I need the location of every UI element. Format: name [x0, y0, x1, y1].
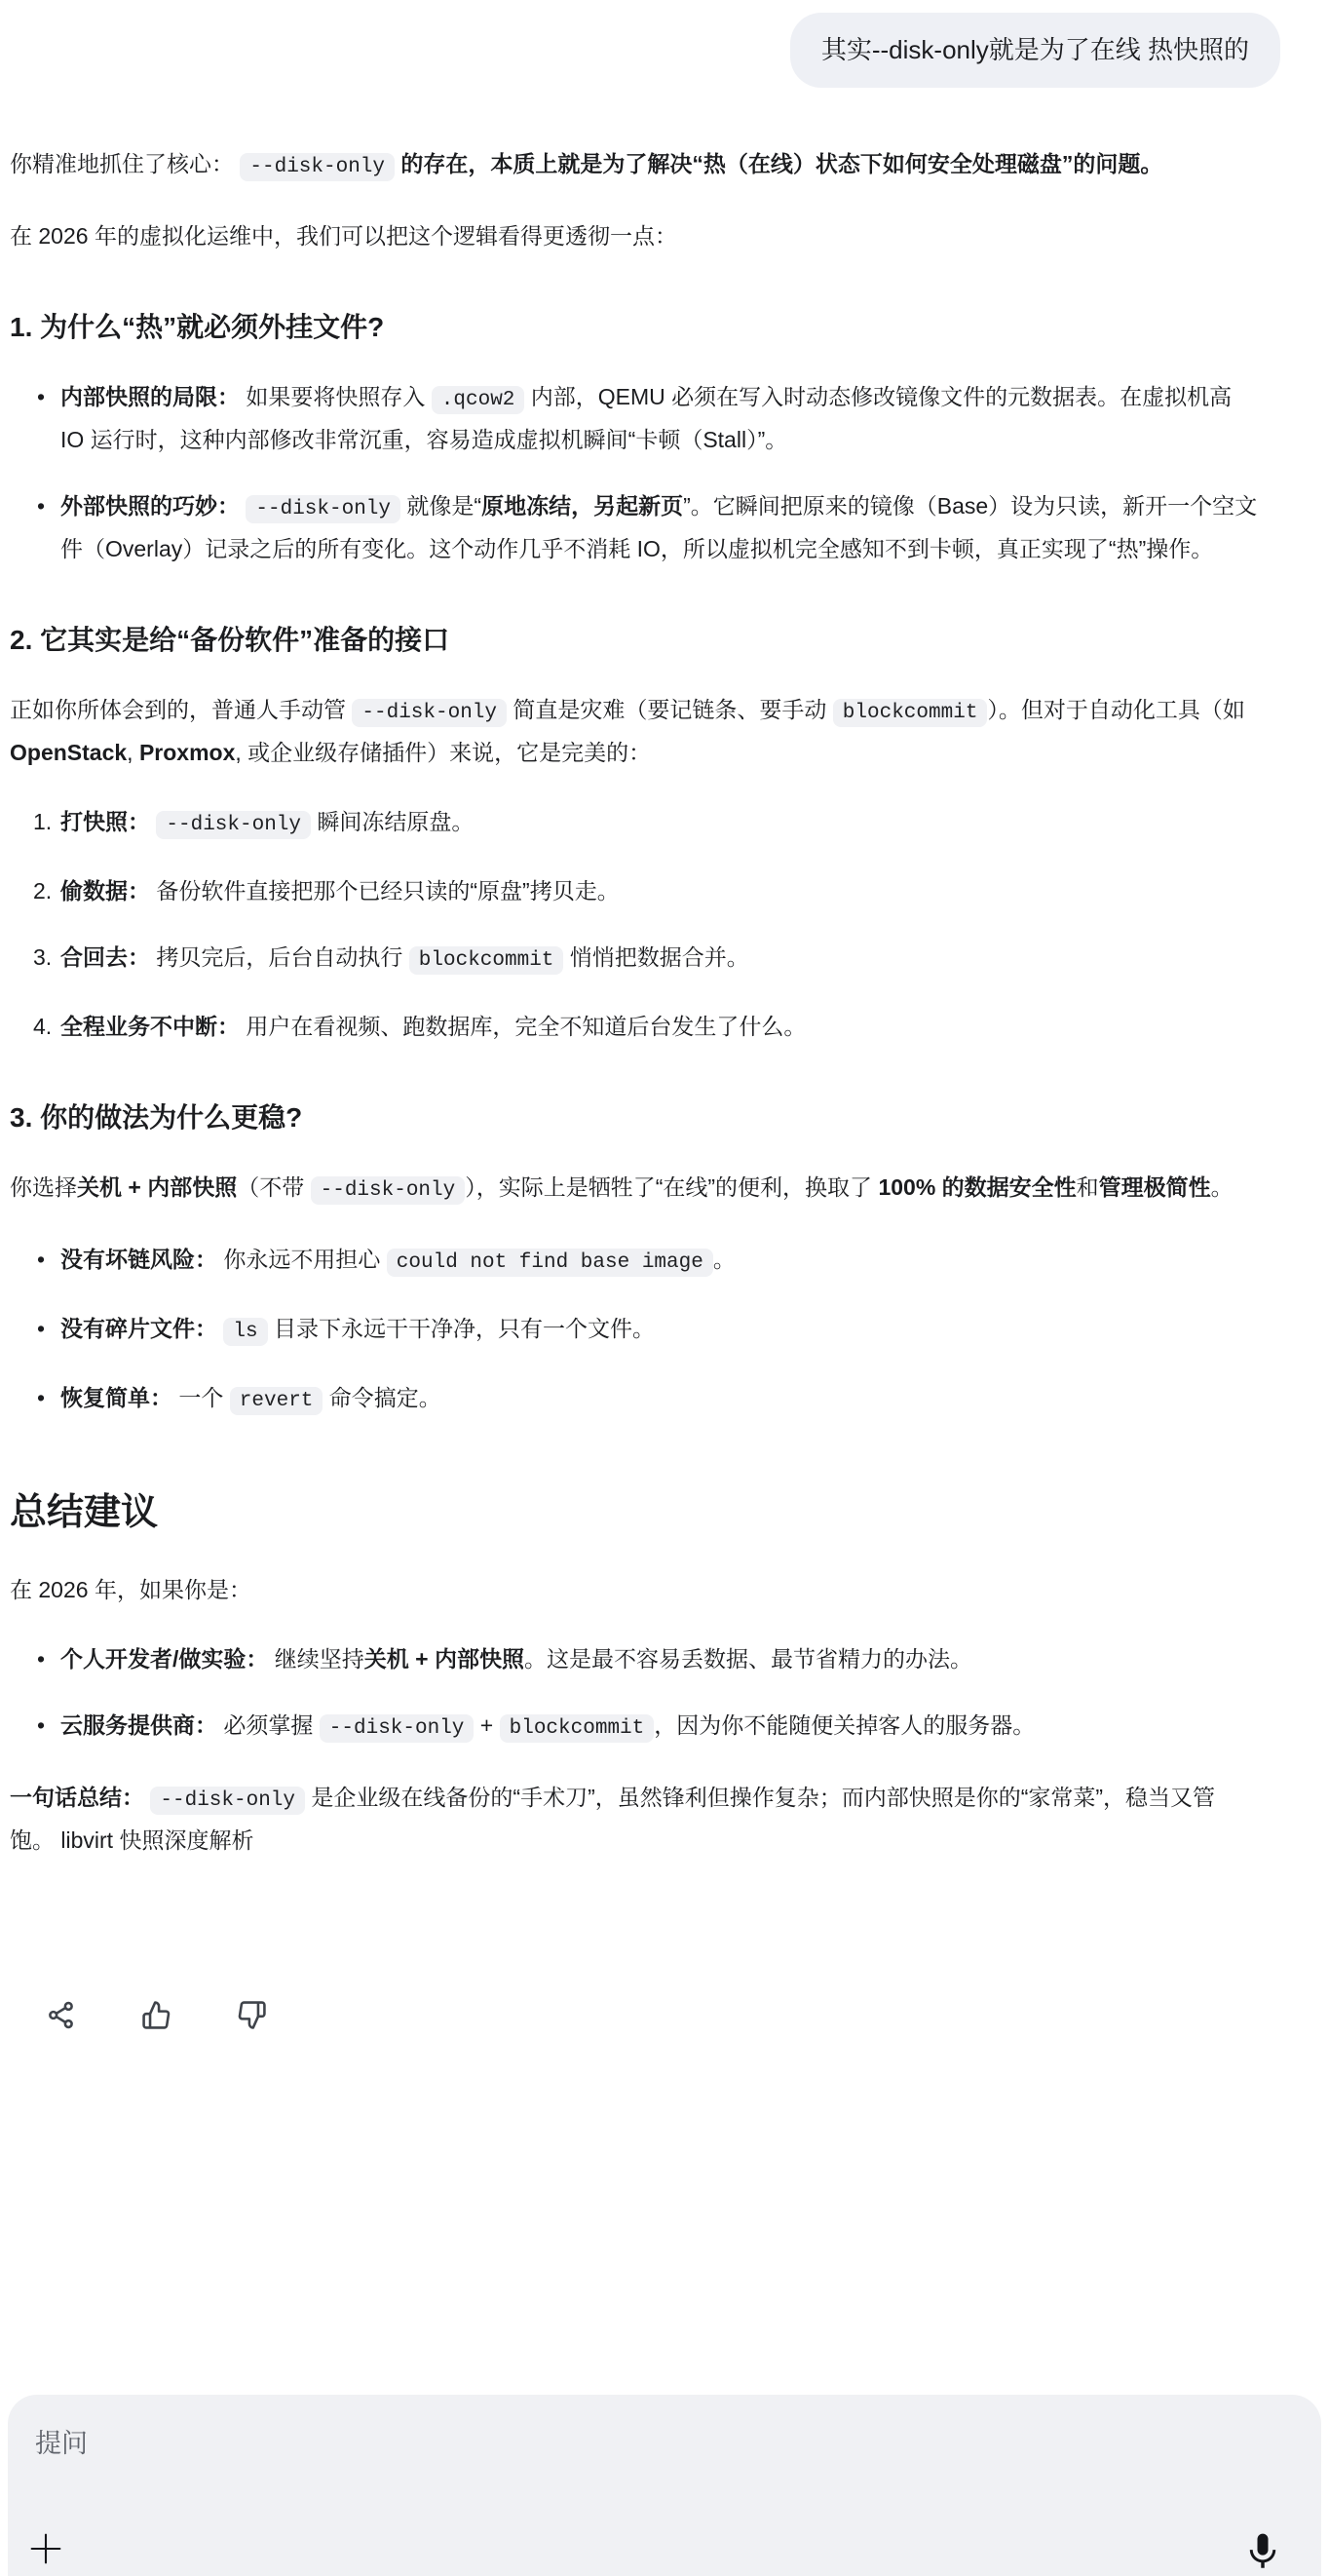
thumbs-down-icon	[237, 2000, 267, 2030]
text: 就像是“	[400, 493, 481, 519]
inline-code: revert	[230, 1387, 323, 1415]
bold-text: Proxmox	[139, 740, 235, 765]
list-item: •云服务提供商： 必须掌握 --disk-only + blockcommit，…	[10, 1706, 1259, 1749]
bold-text: OpenStack	[10, 740, 127, 765]
text: ），实际上是牺牲了“在线”的便利，换取了	[465, 1174, 878, 1200]
text: 用户在看视频、跑数据库，完全不知道后台发生了什么。	[240, 1014, 806, 1039]
bold-text: 外部快照的巧妙：	[60, 493, 240, 519]
bold-text: 云服务提供商：	[60, 1712, 217, 1738]
text: +	[474, 1712, 499, 1738]
bullet-list: •内部快照的局限： 如果要将快照存入 .qcow2 内部，QEMU 必须在写入时…	[10, 377, 1259, 569]
bold-text: 偷数据：	[60, 878, 150, 904]
bold-text: 的存在，本质上就是为了解决“热（在线）状态下如何安全处理磁盘”的问题。	[395, 151, 1162, 176]
inline-code: blockcommit	[409, 946, 564, 975]
list-marker: •	[37, 1240, 45, 1280]
inline-code: --disk-only	[352, 699, 507, 727]
list-item: 2.偷数据： 备份软件直接把那个已经只读的“原盘”拷贝走。	[10, 871, 1259, 911]
list-marker: •	[37, 1639, 45, 1679]
text: ）。但对于自动化工具（如	[987, 697, 1245, 722]
bold-text: 一句话总结：	[10, 1785, 150, 1810]
bold-text: 关机 + 内部快照	[77, 1174, 237, 1200]
text: 目录下永远干干净净，只有一个文件。	[268, 1316, 655, 1341]
text: 必须掌握	[217, 1712, 320, 1738]
list-item: •个人开发者/做实验： 继续坚持关机 + 内部快照。这是最不容易丢数据、最节省精…	[10, 1639, 1259, 1679]
list-marker: 2.	[33, 871, 52, 911]
list-marker: 4.	[33, 1007, 52, 1047]
section-heading: 2. 它其实是给“备份软件”准备的接口	[10, 620, 1259, 661]
text: ,	[127, 740, 139, 765]
attach-button[interactable]	[23, 2525, 70, 2572]
inline-code: blockcommit	[500, 1714, 655, 1743]
section-heading: 3. 你的做法为什么更稳?	[10, 1097, 1259, 1138]
inline-code: --disk-only	[240, 153, 395, 181]
paragraph: 在 2026 年，如果你是：	[10, 1570, 1259, 1610]
bold-text: 合回去：	[60, 944, 150, 970]
inline-code: .qcow2	[432, 386, 525, 414]
text: 你精准地抓住了核心：	[10, 151, 240, 176]
like-button[interactable]	[140, 1999, 171, 2030]
bold-text: 100% 的数据安全性	[878, 1174, 1076, 1200]
text: 继续坚持	[268, 1646, 363, 1672]
text: , 或企业级存储插件）来说，它是完美的：	[235, 740, 651, 765]
text: （不带	[237, 1174, 310, 1200]
share-button[interactable]	[45, 1999, 76, 2030]
numbered-list: 1.打快照： --disk-only 瞬间冻结原盘。2.偷数据： 备份软件直接把…	[10, 802, 1259, 1047]
list-item: 4.全程业务不中断： 用户在看视频、跑数据库，完全不知道后台发生了什么。	[10, 1007, 1259, 1047]
text: 你永远不用担心	[217, 1247, 387, 1272]
message-input[interactable]: 提问	[35, 2428, 88, 2459]
text: 在 2026 年的虚拟化运维中，我们可以把这个逻辑看得更透彻一点：	[10, 223, 677, 249]
dislike-button[interactable]	[236, 1999, 267, 2030]
text: 正如你所体会到的，普通人手动管	[10, 697, 352, 722]
text: 瞬间冻结原盘。	[311, 809, 474, 834]
bold-text: 内部快照的局限：	[60, 384, 240, 409]
section-heading: 总结建议	[10, 1485, 1259, 1541]
text: 。	[1211, 1174, 1234, 1200]
response-actions	[0, 1890, 1329, 2030]
list-item: •没有碎片文件： ls 目录下永远干干净净，只有一个文件。	[10, 1309, 1259, 1352]
list-marker: •	[37, 1309, 45, 1349]
text: 在 2026 年，如果你是：	[10, 1577, 251, 1602]
list-item: •没有坏链风险： 你永远不用担心 could not find base ima…	[10, 1240, 1259, 1283]
bold-text: 没有坏链风险：	[60, 1247, 217, 1272]
text: 。	[713, 1247, 736, 1272]
text: 拷贝完后，后台自动执行	[150, 944, 409, 970]
text: 。这是最不容易丢数据、最节省精力的办法。	[524, 1646, 972, 1672]
text: 命令搞定。	[323, 1385, 440, 1410]
bold-text: 没有碎片文件：	[60, 1316, 217, 1341]
text: 一个	[172, 1385, 230, 1410]
bold-text: 恢复简单：	[60, 1385, 172, 1410]
list-item: •恢复简单： 一个 revert 命令搞定。	[10, 1378, 1259, 1421]
list-item: •内部快照的局限： 如果要将快照存入 .qcow2 内部，QEMU 必须在写入时…	[10, 377, 1259, 460]
paragraph: 你选择关机 + 内部快照（不带 --disk-only），实际上是牺牲了“在线”…	[10, 1168, 1259, 1211]
section-heading: 1. 为什么“热”就必须外挂文件?	[10, 307, 1259, 348]
composer[interactable]: 提问	[8, 2395, 1321, 2576]
text: 如果要将快照存入	[240, 384, 432, 409]
bold-text: 关机 + 内部快照	[364, 1646, 524, 1672]
assistant-answer: 你精准地抓住了核心： --disk-only 的存在，本质上就是为了解决“热（在…	[0, 88, 1329, 1861]
list-item: 1.打快照： --disk-only 瞬间冻结原盘。	[10, 802, 1259, 845]
share-icon	[46, 2000, 76, 2030]
bold-text: 个人开发者/做实验：	[60, 1646, 268, 1672]
bold-text: 管理极简性	[1099, 1174, 1211, 1200]
list-marker: 3.	[33, 938, 52, 978]
microphone-icon	[1241, 2529, 1286, 2572]
text: 和	[1077, 1174, 1099, 1200]
paragraph: 正如你所体会到的，普通人手动管 --disk-only 简直是灾难（要记链条、要…	[10, 690, 1259, 773]
inline-code: could not find base image	[387, 1249, 713, 1277]
inline-code: --disk-only	[320, 1714, 475, 1743]
inline-code: blockcommit	[833, 699, 988, 727]
inline-code: --disk-only	[311, 1176, 466, 1205]
bullet-list: •没有坏链风险： 你永远不用担心 could not find base ima…	[10, 1240, 1259, 1421]
text: 简直是灾难（要记链条、要手动	[507, 697, 833, 722]
list-marker: •	[37, 1706, 45, 1746]
text: 你选择	[10, 1174, 77, 1200]
bullet-list: •个人开发者/做实验： 继续坚持关机 + 内部快照。这是最不容易丢数据、最节省精…	[10, 1639, 1259, 1749]
bold-text: 打快照：	[60, 809, 150, 834]
list-item: 3.合回去： 拷贝完后，后台自动执行 blockcommit 悄悄把数据合并。	[10, 938, 1259, 980]
user-message-bubble: 其实--disk-only就是为了在线 热快照的	[790, 13, 1280, 88]
user-message-row: 其实--disk-only就是为了在线 热快照的	[0, 0, 1329, 88]
bold-text: 全程业务不中断：	[60, 1014, 240, 1039]
thumbs-up-icon	[141, 2000, 171, 2030]
text: 悄悄把数据合并。	[563, 944, 748, 970]
list-marker: •	[37, 486, 45, 526]
bold-text: 原地冻结，另起新页	[481, 493, 683, 519]
list-item: •外部快照的巧妙： --disk-only 就像是“原地冻结，另起新页”。它瞬间…	[10, 486, 1259, 569]
list-marker: 1.	[33, 802, 52, 842]
list-marker: •	[37, 1378, 45, 1418]
voice-input-button[interactable]	[1241, 2527, 1286, 2574]
inline-code: ls	[223, 1318, 267, 1346]
inline-code: --disk-only	[156, 811, 311, 839]
text: ，因为你不能随便关掉客人的服务器。	[654, 1712, 1035, 1738]
inline-code: --disk-only	[150, 1787, 305, 1815]
paragraph: 你精准地抓住了核心： --disk-only 的存在，本质上就是为了解决“热（在…	[10, 144, 1259, 187]
paragraph: 在 2026 年的虚拟化运维中，我们可以把这个逻辑看得更透彻一点：	[10, 216, 1259, 256]
text: 备份软件直接把那个已经只读的“原盘”拷贝走。	[150, 878, 620, 904]
list-marker: •	[37, 377, 45, 417]
paragraph: 一句话总结： --disk-only 是企业级在线备份的“手术刀”，虽然锋利但操…	[10, 1778, 1259, 1861]
inline-code: --disk-only	[246, 495, 400, 523]
plus-icon	[23, 2526, 70, 2571]
